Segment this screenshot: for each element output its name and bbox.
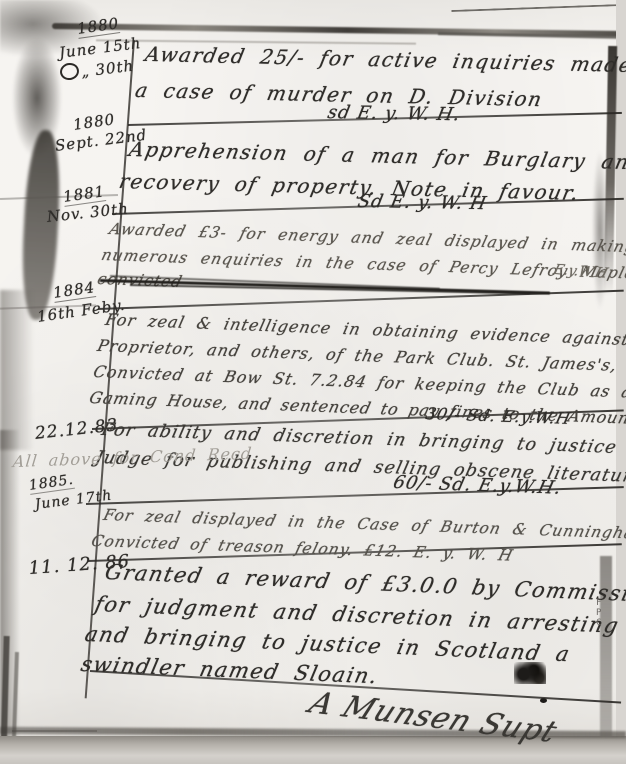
scan-right-blob — [592, 150, 608, 310]
edge-bleed-letter: C — [596, 618, 601, 628]
entry1-text-line1: Awarded 25/- for active inquiries made i… — [143, 42, 626, 78]
entry1-year: 1880 — [76, 14, 120, 39]
entry7-text-line4: swindler named Sloain. — [79, 652, 381, 688]
entry2-text-line1: Apprehension of a man for Burglary and — [127, 137, 626, 174]
entry4-year: 1884 — [52, 278, 96, 303]
scan-left-edge-bar-2 — [11, 652, 19, 764]
scan-torn-flap-outline — [451, 4, 621, 44]
scan-left-strip-low — [0, 430, 20, 764]
entry4-signature: 30/- Sd. E.y.W.H — [424, 404, 573, 428]
scan-margin-line-3 — [12, 730, 97, 732]
hole-punch-mark — [58, 61, 80, 82]
scan-torn-flap-shadow — [438, 32, 624, 39]
scan-left-smudge-mid — [0, 290, 34, 450]
entry2-signature: Sd E. y. W. H — [356, 191, 489, 214]
edge-bleed-letter: F — [596, 598, 601, 608]
scan-left-edge-bar — [0, 636, 9, 764]
entry1-signature: sd E. y. W. H. — [326, 102, 463, 125]
ink-splatter — [514, 662, 546, 684]
entry5-signature: 60/- Sd. E.y.W.H. — [391, 472, 564, 499]
entry2-text-line2: recovery of property. Note in favour. — [117, 169, 582, 205]
scanned-ledger-page: 1880 June 15th „ 30th Awarded 25/- for a… — [0, 0, 626, 764]
entry6-year: 1885. — [28, 472, 75, 495]
entry1-date-line2: „ 30th — [80, 57, 135, 81]
edge-bleed-marks: F P C — [596, 598, 601, 628]
edge-bleed-letter: P — [596, 608, 601, 618]
